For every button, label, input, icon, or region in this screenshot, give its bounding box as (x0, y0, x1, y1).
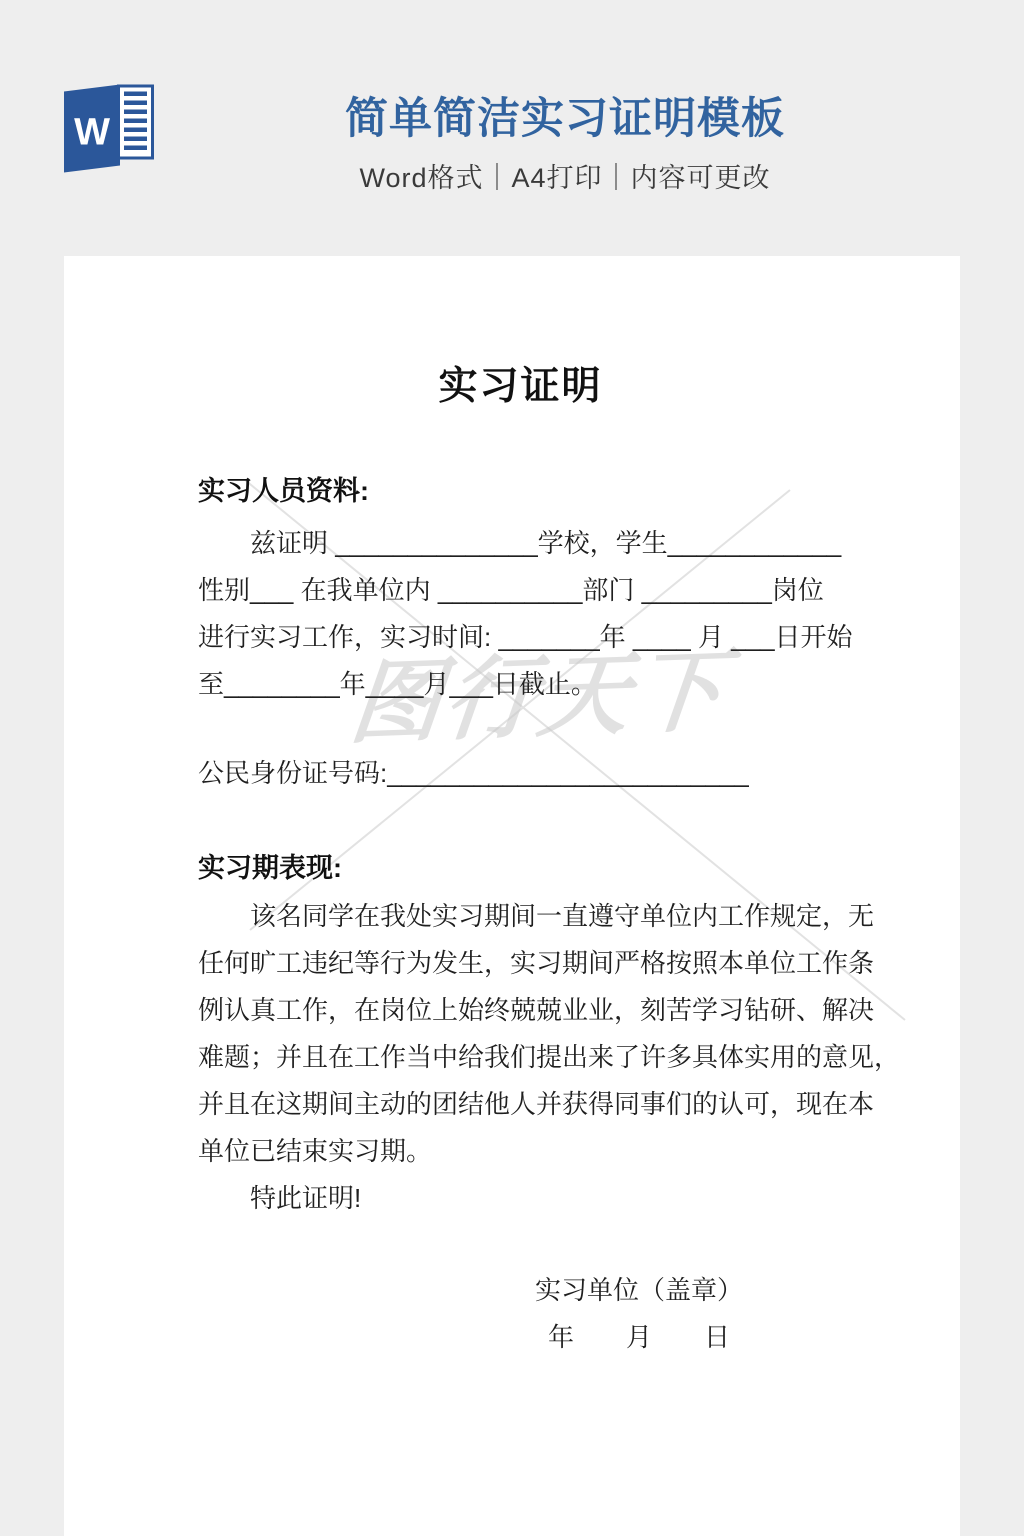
intern-info-paragraph: 兹证明 ______________学校，学生____________ 性别__… (198, 520, 843, 708)
id-number-line: 公民身份证号码:_________________________ (198, 750, 843, 797)
info-line-3: 进行实习工作，实习时间: _______年 ____ 月 ___日开始 (198, 614, 843, 661)
signature-unit-seal: 实习单位（盖章） (499, 1267, 779, 1314)
closing-statement: 特此证明! (198, 1175, 843, 1222)
perf-line-2: 任何旷工违纪等行为发生，实习期间严格按照本单位工作条 (198, 940, 843, 987)
perf-line-4: 难题；并且在工作当中给我们提出来了许多具体实用的意见， (198, 1034, 843, 1081)
info-line-2: 性别___ 在我单位内 __________部门 _________岗位 (198, 567, 843, 614)
perf-line-5: 并且在这期间主动的团结他人并获得同事们的认可，现在本 (198, 1081, 843, 1128)
signature-block: 实习单位（盖章） 年 月 日 (499, 1267, 779, 1361)
template-subtitle: Word格式｜A4打印｜内容可更改 (106, 156, 1024, 195)
certificate-title: 实习证明 (198, 256, 843, 409)
signature-date: 年 月 日 (499, 1314, 779, 1361)
document-page: 图行天下 实习证明 实习人员资料: 兹证明 ______________学校，学… (64, 256, 960, 1536)
info-line-1: 兹证明 ______________学校，学生____________ (198, 520, 843, 567)
certificate-content: 实习证明 实习人员资料: 兹证明 ______________学校，学生____… (64, 256, 960, 1361)
intern-info-heading: 实习人员资料: (198, 476, 843, 506)
word-w-letter: W (74, 112, 110, 154)
template-title: 简单简洁实习证明模板 (106, 96, 1024, 143)
perf-line-1: 该名同学在我处实习期间一直遵守单位内工作规定，无 (198, 893, 843, 940)
info-line-4: 至________年____月___日截止。 (198, 661, 843, 708)
performance-heading: 实习期表现: (198, 853, 843, 883)
promo-header: W 简单简洁实习证明模板 Word格式｜A4打印｜内容可更改 (0, 0, 1024, 256)
perf-line-3: 例认真工作，在岗位上始终兢兢业业，刻苦学习钻研、解决 (198, 987, 843, 1034)
perf-line-6: 单位已结束实习期。 (198, 1128, 843, 1175)
performance-paragraph: 该名同学在我处实习期间一直遵守单位内工作规定，无 任何旷工违纪等行为发生，实习期… (198, 893, 843, 1175)
